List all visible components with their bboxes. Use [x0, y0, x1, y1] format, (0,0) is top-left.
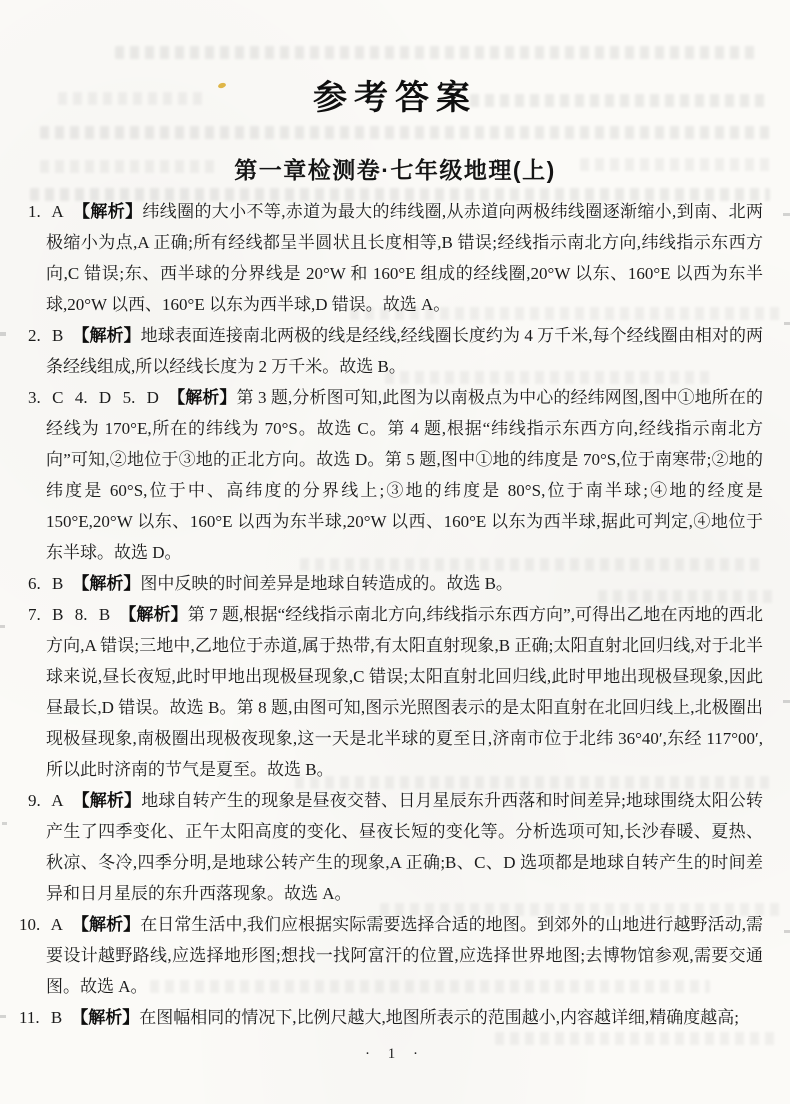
answer-number: 9. A	[28, 791, 63, 810]
answer-item-11: 11. B【解析】在图幅相同的情况下,比例尺越大,地图所表示的范围越小,内容越详…	[46, 1002, 763, 1033]
edge-scan-mark	[783, 700, 790, 703]
bleedthrough-artifact	[115, 46, 755, 59]
bleedthrough-artifact	[40, 126, 770, 139]
analysis-text: 地球表面连接南北两极的线是经线,经线圈长度约为 4 万千米,每个经线圈由相对的两…	[46, 326, 763, 376]
edge-scan-mark	[0, 1015, 6, 1018]
answer-number: 3. C 4. D 5. D	[28, 388, 159, 407]
edge-scan-mark	[2, 822, 7, 825]
answer-number: 2. B	[28, 326, 63, 345]
analysis-text: 地球自转产生的现象是昼夜交替、日月星辰东升西落和时间差异;地球围绕太阳公转产生了…	[46, 791, 763, 903]
answer-item-2: 2. B【解析】地球表面连接南北两极的线是经线,经线圈长度约为 4 万千米,每个…	[46, 320, 763, 382]
edge-scan-mark	[784, 322, 790, 325]
analysis-text: 在图幅相同的情况下,比例尺越大,地图所表示的范围越小,内容越详细,精确度越高;	[139, 1008, 739, 1027]
answer-number: 6. B	[28, 574, 63, 593]
answer-item-3-4-5: 3. C 4. D 5. D【解析】第 3 题,分析图可知,此图为以南极点为中心…	[46, 382, 763, 568]
scanned-answer-sheet-page: 参考答案 第一章检测卷·七年级地理(上) 1. A【解析】纬线圈的大小不等,赤道…	[0, 0, 790, 1104]
edge-scan-mark	[0, 332, 6, 336]
edge-scan-mark	[783, 213, 790, 216]
answer-item-10: 10. A【解析】在日常生活中,我们应根据实际需要选择合适的地图。到郊外的山地进…	[46, 909, 763, 1002]
analysis-text: 纬线圈的大小不等,赤道为最大的纬线圈,从赤道向两极纬线圈逐渐缩小,到南、北两极缩…	[46, 202, 763, 314]
analysis-text: 图中反映的时间差异是地球自转造成的。故选 B。	[140, 574, 513, 593]
edge-scan-mark	[0, 625, 5, 628]
analysis-label: 【解析】	[73, 202, 143, 221]
answer-item-9: 9. A【解析】地球自转产生的现象是昼夜交替、日月星辰东升西落和时间差异;地球围…	[46, 785, 763, 909]
answer-item-1: 1. A【解析】纬线圈的大小不等,赤道为最大的纬线圈,从赤道向两极纬线圈逐渐缩小…	[46, 196, 763, 320]
answer-number: 7. B 8. B	[28, 605, 110, 624]
analysis-label: 【解析】	[168, 388, 237, 407]
analysis-text: 第 7 题,根据“经线指示南北方向,纬线指示东西方向”,可得出乙地在丙地的西北方…	[46, 605, 763, 779]
answer-list: 1. A【解析】纬线圈的大小不等,赤道为最大的纬线圈,从赤道向两极纬线圈逐渐缩小…	[46, 196, 763, 1033]
analysis-label: 【解析】	[72, 915, 140, 934]
edge-scan-mark	[784, 930, 790, 933]
page-number: · 1 ·	[0, 1046, 790, 1063]
section-title: 第一章检测卷·七年级地理(上)	[0, 152, 790, 185]
analysis-text: 在日常生活中,我们应根据实际需要选择合适的地图。到郊外的山地进行越野活动,需要设…	[46, 915, 763, 996]
answer-number: 11. B	[19, 1008, 62, 1027]
answer-item-7-8: 7. B 8. B【解析】第 7 题,根据“经线指示南北方向,纬线指示东西方向”…	[46, 599, 763, 785]
answer-number: 1. A	[28, 202, 64, 221]
analysis-label: 【解析】	[119, 605, 187, 624]
page-title: 参考答案	[0, 70, 790, 119]
bleedthrough-artifact	[495, 1032, 775, 1045]
answer-item-6: 6. B【解析】图中反映的时间差异是地球自转造成的。故选 B。	[46, 568, 763, 599]
analysis-label: 【解析】	[72, 791, 141, 810]
analysis-label: 【解析】	[72, 574, 140, 593]
analysis-label: 【解析】	[72, 326, 140, 345]
answer-number: 10. A	[19, 915, 63, 934]
analysis-label: 【解析】	[71, 1008, 139, 1027]
analysis-text: 第 3 题,分析图可知,此图为以南极点为中心的经纬网图,图中①地所在的经线为 1…	[46, 388, 763, 562]
